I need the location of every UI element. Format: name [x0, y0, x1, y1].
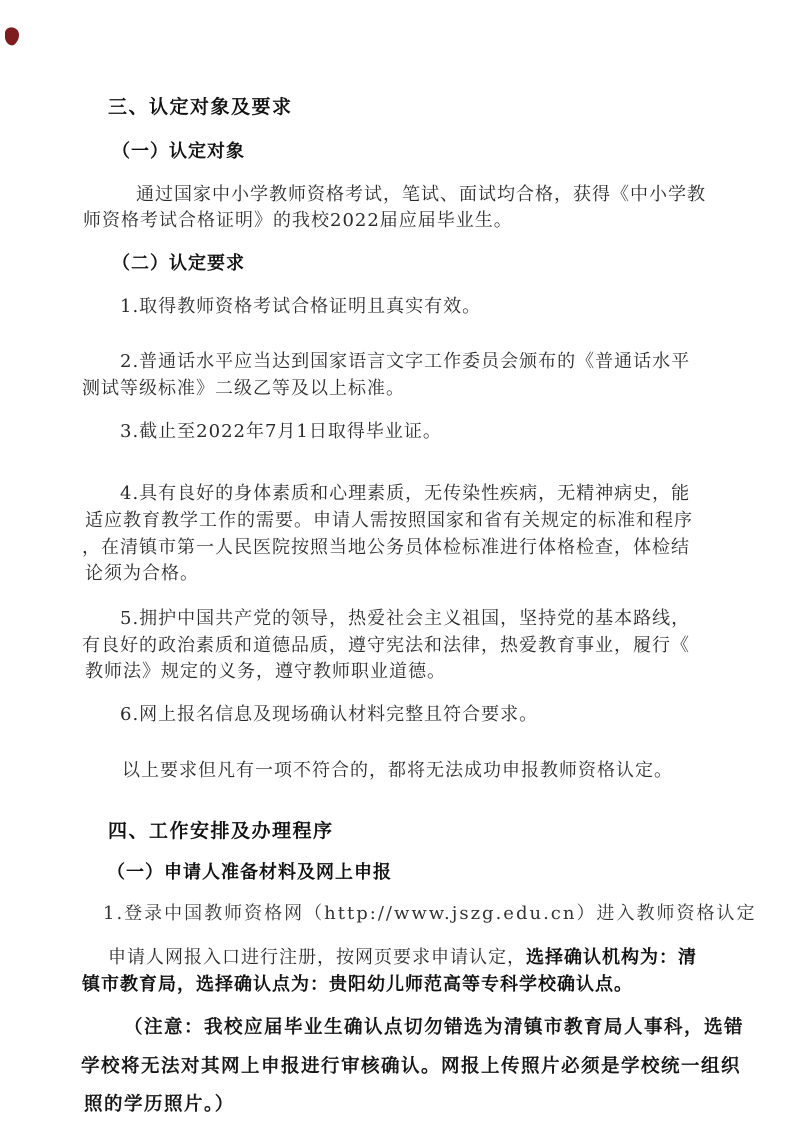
document-page: 三、认定对象及要求 （一）认定对象 通过国家中小学教师资格考试，笔试、面试均合格…	[0, 0, 793, 1122]
note-line: 照的学历照片。）	[84, 1094, 235, 1116]
requirement-item-4: 4.具有良好的身体素质和心理素质，无传染性疾病，无精神病史，能	[120, 483, 690, 505]
section4-heading: 四、工作安排及办理程序	[108, 820, 334, 843]
paragraph-line: 通过国家中小学教师资格考试，笔试、面试均合格，获得《中小学教	[136, 184, 706, 206]
register-line-1-bold: 选择确认机构为：清	[526, 947, 697, 968]
requirement-item-1: 1.取得教师资格考试合格证明且真实有效。	[120, 296, 481, 318]
requirement-item-6: 6.网上报名信息及现场确认材料完整且符合要求。	[120, 704, 538, 726]
note-line: （注意：我校应届毕业生确认点切勿错选为清镇市教育局人事科，选错	[124, 1017, 744, 1039]
requirement-item-5-cont: 教师法》规定的义务，遵守教师职业道德。	[85, 661, 446, 683]
requirement-item-3: 3.截止至2022年7月1日取得毕业证。	[120, 421, 442, 443]
register-line-2-bold: 镇市教育局，选择确认点为：贵阳幼儿师范高等专科学校确认点。	[82, 974, 633, 995]
requirement-item-4-cont: 适应教育教学工作的需要。申请人需按照国家和省有关规定的标准和程序	[85, 510, 693, 532]
section3-heading: 三、认定对象及要求	[108, 96, 293, 119]
section4-sub1-heading: （一）申请人准备材料及网上申报	[107, 862, 392, 884]
requirement-item-5-cont: 有良好的政治素质和道德品质，遵守宪法和法律，热爱教育事业，履行《	[82, 635, 690, 657]
red-corner-mark	[5, 27, 20, 46]
closing-statement: 以上要求但凡有一项不符合的，都将无法成功申报教师资格认定。	[122, 760, 673, 782]
paragraph-line: 师资格考试合格证明》的我校2022届应届毕业生。	[83, 210, 513, 232]
register-line-1-regular: 申请人网报入口进行注册，按网页要求申请认定，	[108, 947, 526, 968]
register-line-2: 镇市教育局，选择确认点为：贵阳幼儿师范高等专科学校确认点。	[82, 974, 633, 996]
requirement-item-2: 2.普通话水平应当达到国家语言文字工作委员会颁布的《普通话水平	[120, 351, 690, 373]
requirement-item-4-cont: ，在清镇市第一人民医院按照当地公务员体检标准进行体格检查，体检结	[82, 537, 690, 559]
requirement-item-2-cont: 测试等级标准》二级乙等及以上标准。	[82, 378, 405, 400]
section3-sub2-heading: （二）认定要求	[112, 253, 245, 275]
register-line-1: 申请人网报入口进行注册，按网页要求申请认定，选择确认机构为：清	[108, 947, 697, 969]
requirement-item-5: 5.拥护中国共产党的领导，热爱社会主义祖国，坚持党的基本路线，	[120, 608, 690, 630]
step1-login-line: 1.登录中国教师资格网（http://www.jszg.edu.cn）进入教师资…	[103, 903, 756, 925]
note-line: 学校将无法对其网上申报进行审核确认。网报上传照片必须是学校统一组织	[81, 1056, 741, 1078]
section3-sub1-heading: （一）认定对象	[112, 141, 245, 163]
requirement-item-4-cont: 论须为合格。	[85, 563, 199, 585]
